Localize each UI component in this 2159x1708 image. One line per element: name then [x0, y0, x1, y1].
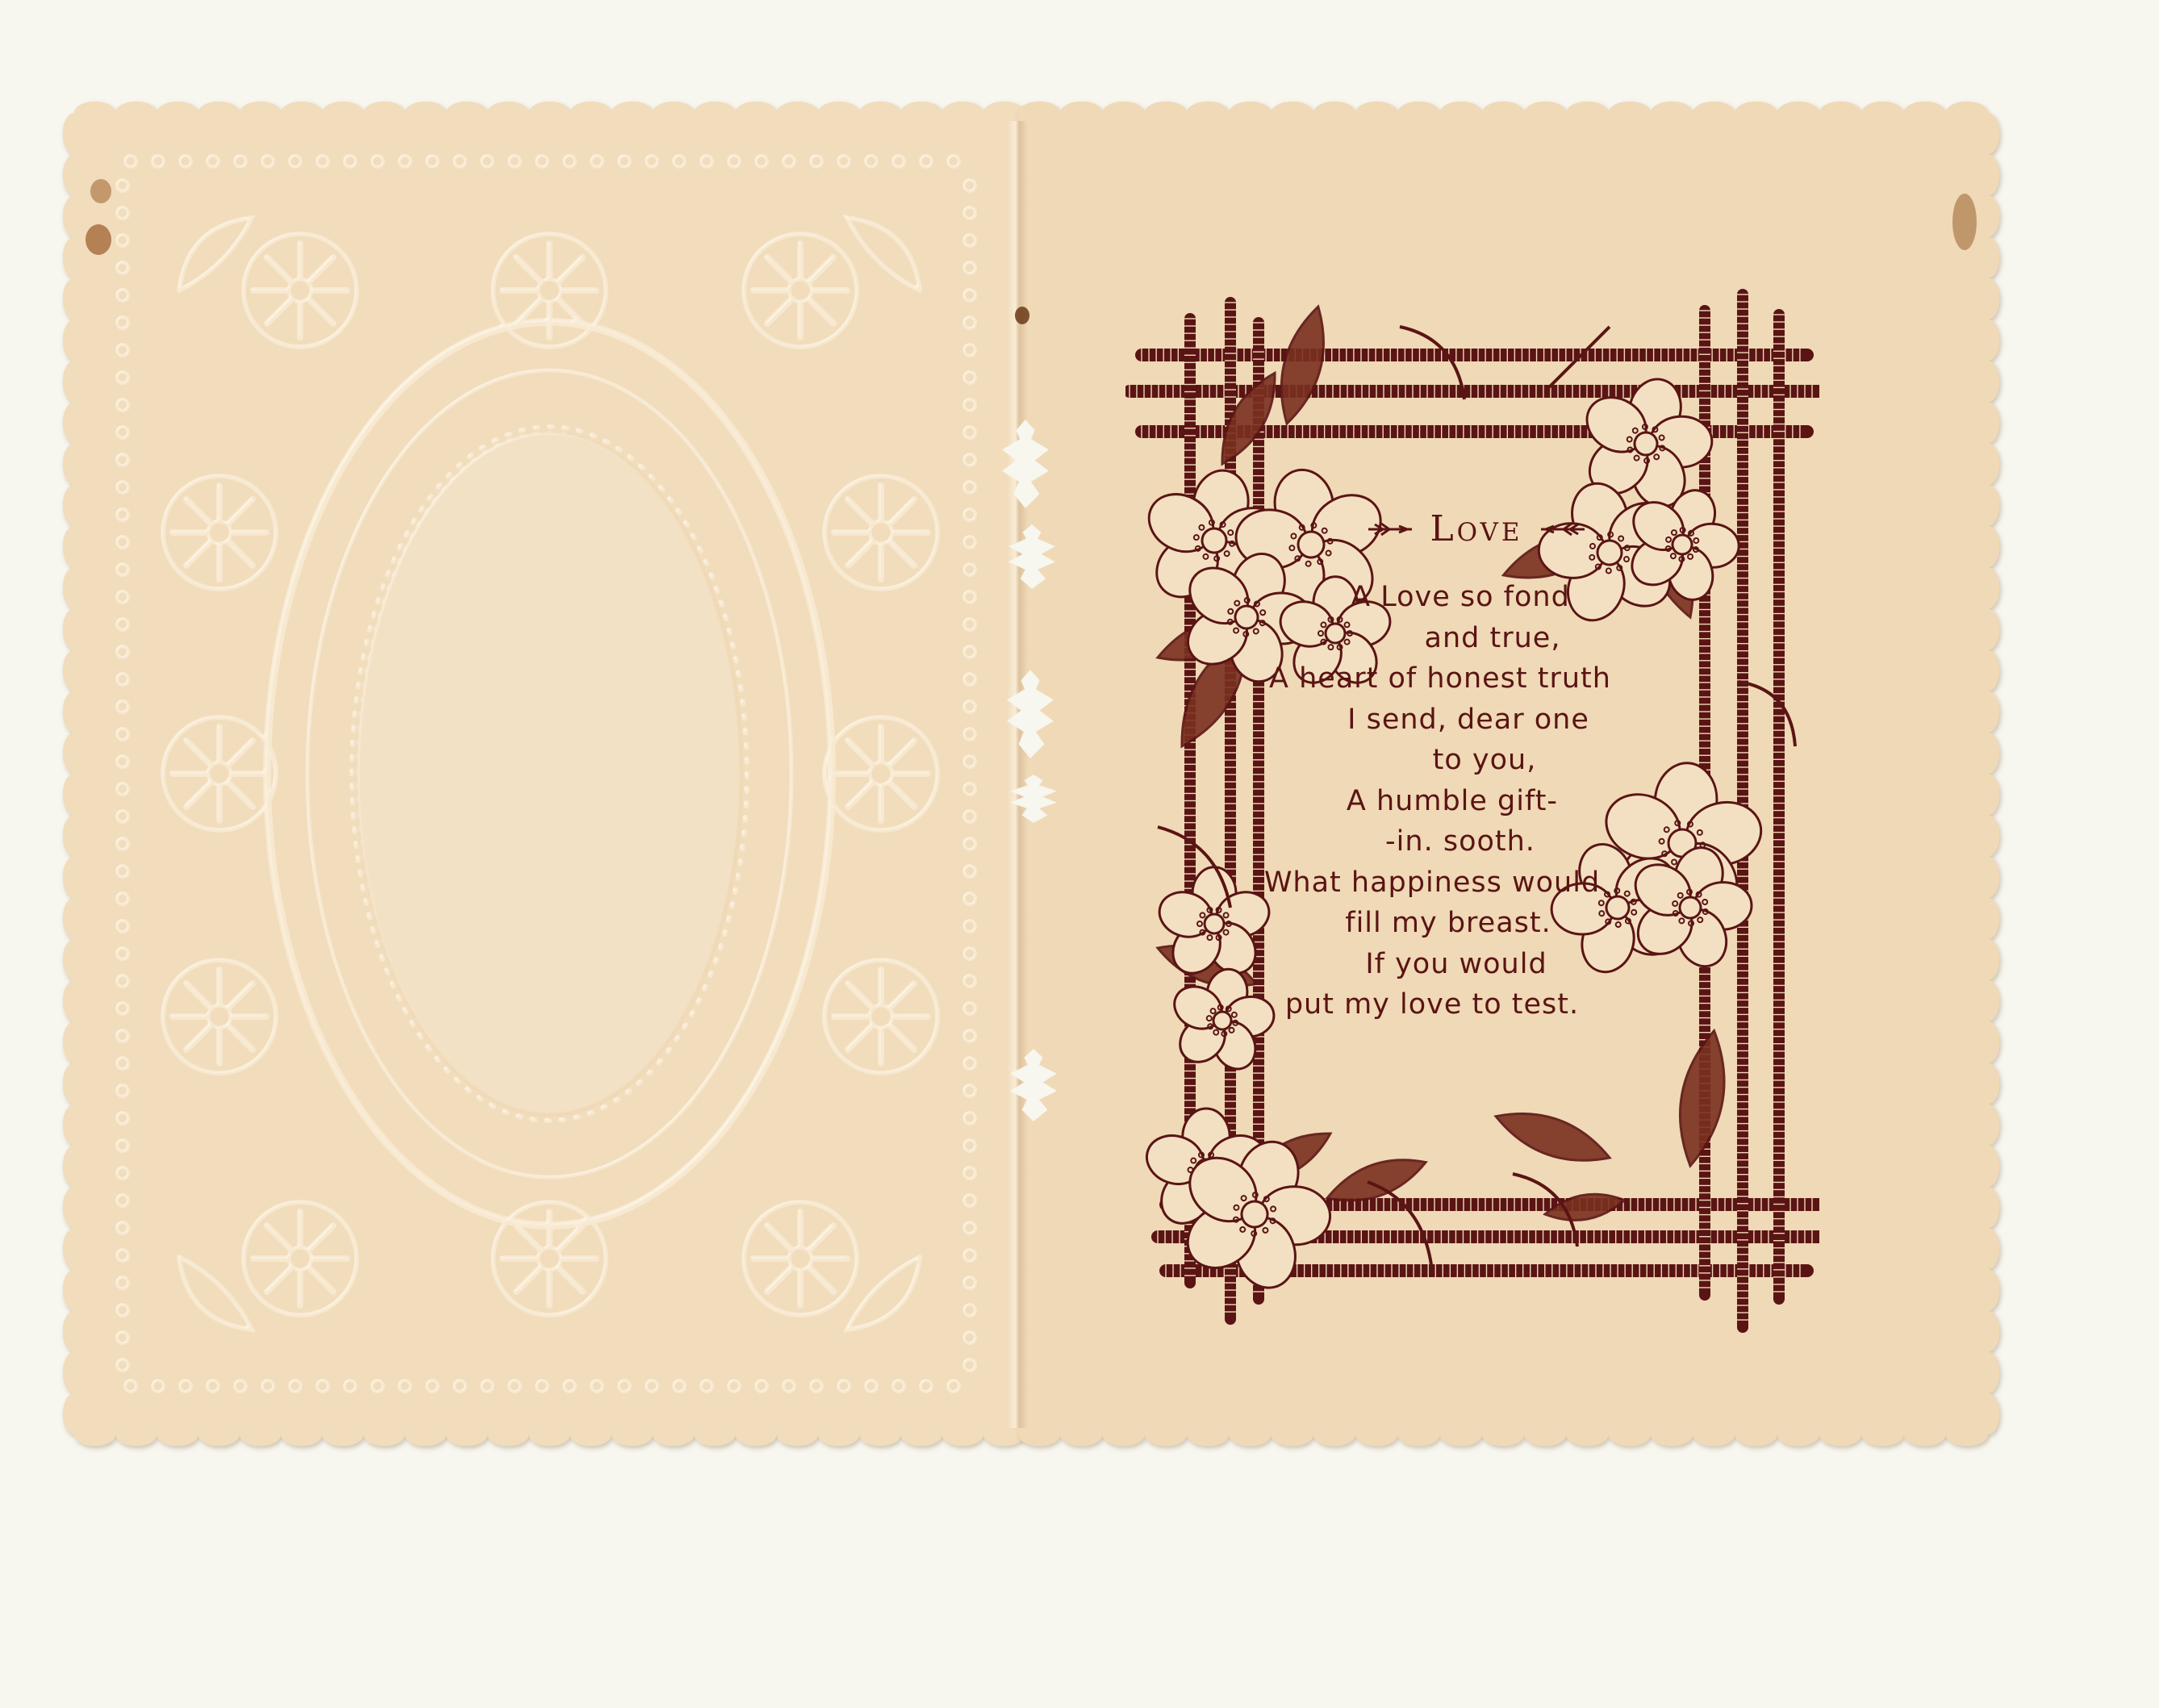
- poem-block: Love A Love so fondand true,A heart of h…: [1259, 508, 1694, 1025]
- card-left-panel: [74, 113, 1025, 1434]
- age-stain: [1952, 194, 1977, 250]
- poem-line: A heart of honest truth: [1222, 658, 1658, 699]
- ornament-left-icon: [1367, 521, 1418, 537]
- poem-line: -in. sooth.: [1242, 821, 1678, 862]
- poem-line: put my love to test.: [1214, 984, 1650, 1025]
- poem-title: Love: [1430, 508, 1522, 549]
- poem-lines: A Love so fondand true,A heart of honest…: [1259, 577, 1694, 1025]
- poem-line: fill my breast.: [1230, 903, 1666, 944]
- paper-left: [74, 113, 1025, 1434]
- poem-line: and true,: [1275, 618, 1710, 659]
- age-stain: [1015, 307, 1029, 324]
- poem-line: I send, dear one: [1251, 699, 1686, 741]
- poem-line: A humble gift-: [1234, 781, 1670, 822]
- age-stain: [90, 179, 111, 203]
- poem-line: A Love so fond: [1242, 577, 1678, 618]
- ornament-right-icon: [1535, 521, 1586, 537]
- poem-line: If you would: [1238, 944, 1674, 985]
- poem-line: What happiness would: [1214, 862, 1650, 904]
- age-stain: [86, 224, 111, 255]
- poem-line: to you,: [1267, 740, 1702, 781]
- poem-title-row: Love: [1259, 508, 1694, 549]
